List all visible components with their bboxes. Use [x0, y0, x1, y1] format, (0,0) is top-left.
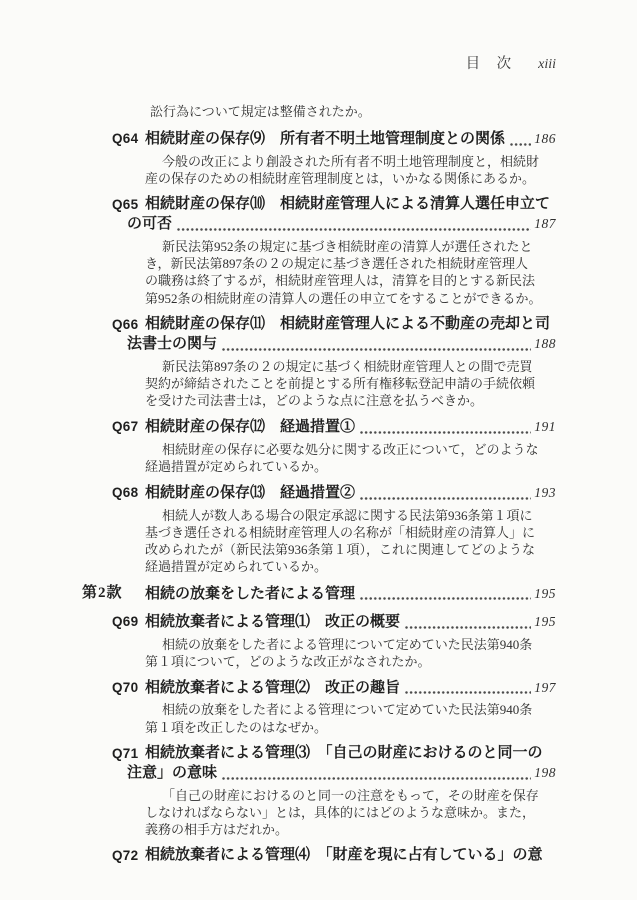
toc-description-line: 新民法第952条の規定に基づき相続財産の清算人が選任されたと — [145, 238, 556, 255]
toc-title-text: の可否 — [127, 215, 172, 235]
page-number: 198 — [534, 763, 556, 783]
toc-description-line: 相続の放棄をした者による管理について定めていた民法第940条 — [145, 636, 556, 653]
toc-description-line: 相続財産の保存に必要な処分に関する改正について，どのような — [145, 441, 556, 458]
toc-description-line: 第１項を改正したのはなぜか。 — [145, 719, 556, 736]
toc-entry-description: 相続人が数人ある場合の限定承認に関する民法第936条第１項に基づき選任される相続… — [0, 507, 556, 576]
toc-description-line: を受けた司法書士は，どのような点に注意を払うべきか。 — [145, 392, 556, 409]
toc-description-line: 相続人が数人ある場合の限定承認に関する民法第936条第１項に — [145, 507, 556, 524]
toc-description-line: 経過措置が定められているか。 — [145, 558, 556, 575]
toc-title-line: 相続財産の保存⒀ 経過措置②193 — [145, 483, 556, 504]
dot-leader — [360, 597, 531, 600]
toc-entry-description: 相続の放棄をした者による管理について定めていた民法第940条第１項について，どの… — [0, 636, 556, 670]
toc-title-line: 相続放棄者による管理⑷ 「財産を現に占有している」の意 — [145, 846, 556, 866]
toc-entry-title: 相続財産の保存⑽ 相続財産管理人による清算人選任申立ての可否187 — [145, 195, 556, 235]
toc-description-line: 義務の相手方はだれか。 — [145, 821, 556, 838]
toc-title-text: 相続放棄者による管理⑵ 改正の趣旨 — [145, 679, 400, 699]
toc-entry-label: Q64 — [112, 129, 145, 149]
toc-entry-title: 相続財産の保存⒀ 経過措置②193 — [145, 483, 556, 504]
toc-entry-title: 相続放棄者による管理⑴ 改正の概要195 — [145, 612, 556, 633]
toc-title-text: 相続の放棄をした者による管理 — [145, 585, 355, 605]
toc-entry-heading: Q66 相続財産の保存⑾ 相続財産管理人による不動産の売却と司法書士の関与188 — [0, 315, 556, 355]
toc-entry: Q67 相続財産の保存⑿ 経過措置①191 相続財産の保存に必要な処分に関する改… — [0, 417, 556, 475]
page-number: 195 — [534, 584, 556, 604]
toc-description-line: 経過措置が定められているか。 — [145, 458, 556, 475]
toc-title-text: 法書士の関与 — [127, 335, 217, 355]
toc-description-line: の職務は終了するが，相続財産管理人は，清算を目的とする新民法 — [145, 272, 556, 289]
toc-description-line: 新民法第897条の２の規定に基づく相続財産管理人との間で売買 — [145, 358, 556, 375]
toc-entry: Q66 相続財産の保存⑾ 相続財産管理人による不動産の売却と司法書士の関与188… — [0, 315, 556, 410]
toc-title-line: の可否187 — [127, 214, 556, 235]
page-title: 目 次 — [466, 52, 513, 73]
toc-entry-heading: Q69 相続放棄者による管理⑴ 改正の概要195 — [0, 612, 556, 633]
book-page: 目 次 xiii 訟行為について規定は整備されたか。 Q64 相続財産の保存⑼ … — [0, 0, 637, 900]
toc-title-line: 注意」の意味198 — [127, 763, 556, 784]
toc-entry-title: 相続財産の保存⑼ 所有者不明土地管理制度との関係186 — [145, 129, 556, 150]
toc-entry-label: Q67 — [112, 417, 145, 437]
toc-title-text: 相続財産の保存⑽ 相続財産管理人による清算人選任申立て — [145, 195, 550, 215]
toc-title-line: 相続の放棄をした者による管理195 — [145, 584, 556, 605]
toc-title-line: 相続放棄者による管理⑵ 改正の趣旨197 — [145, 678, 556, 699]
toc-entry-label: Q68 — [112, 483, 145, 503]
toc-title-line: 相続放棄者による管理⑶ 「自己の財産におけるのと同一の — [145, 744, 556, 764]
toc-title-text: 相続財産の保存⑿ 経過措置① — [145, 418, 355, 438]
toc-entry-heading: Q71 相続放棄者による管理⑶ 「自己の財産におけるのと同一の注意」の意味198 — [0, 744, 556, 784]
toc-entry-label: Q69 — [112, 612, 145, 632]
toc-entry: Q70 相続放棄者による管理⑵ 改正の趣旨197 相続の放棄をした者による管理に… — [0, 678, 556, 736]
toc-description-line: 「自己の財産におけるのと同一の注意をもって，その財産を保存 — [145, 787, 556, 804]
toc-entry-description: 新民法第952条の規定に基づき相続財産の清算人が選任されたとき，新民法第897条… — [0, 238, 556, 307]
toc-title-text: 相続放棄者による管理⑴ 改正の概要 — [145, 613, 400, 633]
toc-title-line: 相続財産の保存⑾ 相続財産管理人による不動産の売却と司 — [145, 315, 556, 335]
toc-description-line: 相続の放棄をした者による管理について定めていた民法第940条 — [145, 701, 556, 718]
page-number: 195 — [534, 612, 556, 632]
toc-entry-heading: Q65 相続財産の保存⑽ 相続財産管理人による清算人選任申立ての可否187 — [0, 195, 556, 235]
page-number: 187 — [534, 214, 556, 234]
toc-entry-title: 相続の放棄をした者による管理195 — [145, 584, 556, 605]
page-number: 188 — [534, 334, 556, 354]
toc-entry-title: 相続放棄者による管理⑶ 「自己の財産におけるのと同一の注意」の意味198 — [145, 744, 556, 784]
toc-description-line: 今般の改正により創設された所有者不明土地管理制度と，相続財 — [145, 153, 556, 170]
toc-title-text: 相続財産の保存⑼ 所有者不明土地管理制度との関係 — [145, 130, 505, 150]
toc-entry: Q65 相続財産の保存⑽ 相続財産管理人による清算人選任申立ての可否187 新民… — [0, 195, 556, 307]
toc-description-line: 産の保存のための相続財産管理制度とは，いかなる関係にあるか。 — [145, 170, 556, 187]
toc-title-line: 相続財産の保存⑽ 相続財産管理人による清算人選任申立て — [145, 195, 556, 215]
toc-entry-label: Q65 — [112, 195, 145, 215]
toc-title-text: 相続財産の保存⒀ 経過措置② — [145, 484, 355, 504]
toc-title-line: 相続放棄者による管理⑴ 改正の概要195 — [145, 612, 556, 633]
toc-entry-label: Q72 — [112, 846, 145, 866]
toc-title-line: 相続財産の保存⑿ 経過措置①191 — [145, 417, 556, 438]
toc-title-text: 注意」の意味 — [127, 764, 217, 784]
toc-entry-heading: 第2款 相続の放棄をした者による管理195 — [0, 584, 556, 605]
toc-entry-label: Q66 — [112, 315, 145, 335]
dot-leader — [222, 348, 531, 351]
dot-leader — [360, 497, 531, 500]
dot-leader — [510, 143, 531, 146]
toc-title-text: 相続放棄者による管理⑷ 「財産を現に占有している」の意 — [145, 846, 543, 866]
toc-description-line: 契約が締結されたことを前提とする所有権移転登記申請の手続依頼 — [145, 375, 556, 392]
toc-entry-heading: Q67 相続財産の保存⑿ 経過措置①191 — [0, 417, 556, 438]
toc-list: Q64 相続財産の保存⑼ 所有者不明土地管理制度との関係186 今般の改正により… — [0, 129, 556, 866]
page-number: 193 — [534, 483, 556, 503]
page-number: 197 — [534, 678, 556, 698]
toc-entry-description: 今般の改正により創設された所有者不明土地管理制度と，相続財産の保存のための相続財… — [0, 153, 556, 187]
toc-entry-label: Q70 — [112, 678, 145, 698]
toc-entry-heading: Q64 相続財産の保存⑼ 所有者不明土地管理制度との関係186 — [0, 129, 556, 150]
toc-entry-title: 相続財産の保存⑿ 経過措置①191 — [145, 417, 556, 438]
toc-entry: Q64 相続財産の保存⑼ 所有者不明土地管理制度との関係186 今般の改正により… — [0, 129, 556, 187]
toc-description-line: 第１項について，どのような改正がなされたか。 — [145, 653, 556, 670]
toc-description-line: 第952条の相続財産の清算人の選任の申立てをすることができるか。 — [145, 290, 556, 307]
toc-entry: Q69 相続放棄者による管理⑴ 改正の概要195 相続の放棄をした者による管理に… — [0, 612, 556, 670]
toc-entry: Q72 相続放棄者による管理⑷ 「財産を現に占有している」の意 — [0, 846, 556, 866]
page-number: 186 — [534, 129, 556, 149]
toc-entry-description: 相続財産の保存に必要な処分に関する改正について，どのような経過措置が定められてい… — [0, 441, 556, 475]
running-head: 目 次 xiii — [0, 52, 556, 73]
toc-description-line: き，新民法第897条の２の規定に基づき選任された相続財産管理人 — [145, 255, 556, 272]
toc-title-text: 相続財産の保存⑾ 相続財産管理人による不動産の売却と司 — [145, 315, 550, 335]
dot-leader — [360, 431, 531, 434]
toc-description-line: しなければならない」とは，具体的にはどのような意味か。また， — [145, 804, 556, 821]
dot-leader — [177, 228, 531, 231]
toc-entry-description: 相続の放棄をした者による管理について定めていた民法第940条第１項を改正したのは… — [0, 701, 556, 735]
toc-entry-heading: Q68 相続財産の保存⒀ 経過措置②193 — [0, 483, 556, 504]
toc-entry-title: 相続放棄者による管理⑷ 「財産を現に占有している」の意 — [145, 846, 556, 866]
dot-leader — [405, 626, 531, 629]
toc-entry: Q68 相続財産の保存⒀ 経過措置②193 相続人が数人ある場合の限定承認に関す… — [0, 483, 556, 575]
toc-entry-title: 相続財産の保存⑾ 相続財産管理人による不動産の売却と司法書士の関与188 — [145, 315, 556, 355]
toc-title-line: 相続財産の保存⑼ 所有者不明土地管理制度との関係186 — [145, 129, 556, 150]
toc-description-line: 基づき選任される相続財産管理人の名称が「相続財産の清算人」に — [145, 524, 556, 541]
dot-leader — [222, 777, 531, 780]
toc-entry: Q71 相続放棄者による管理⑶ 「自己の財産におけるのと同一の注意」の意味198… — [0, 744, 556, 839]
toc-entry-description: 「自己の財産におけるのと同一の注意をもって，その財産を保存しなければならない」と… — [0, 787, 556, 839]
toc-title-line: 法書士の関与188 — [127, 334, 556, 355]
toc-entry-label: Q71 — [112, 744, 145, 764]
toc-section-entry: 第2款 相続の放棄をした者による管理195 — [0, 584, 556, 605]
toc-title-text: 相続放棄者による管理⑶ 「自己の財産におけるのと同一の — [145, 744, 543, 764]
carryover-text: 訟行為について規定は整備されたか。 — [150, 103, 556, 120]
toc-entry-heading: Q70 相続放棄者による管理⑵ 改正の趣旨197 — [0, 678, 556, 699]
roman-page-number: xiii — [538, 57, 556, 73]
toc-entry-title: 相続放棄者による管理⑵ 改正の趣旨197 — [145, 678, 556, 699]
toc-entry-description: 新民法第897条の２の規定に基づく相続財産管理人との間で売買契約が締結されたこと… — [0, 358, 556, 410]
toc-description-line: 改められたが（新民法第936条第１項），これに関連してどのような — [145, 541, 556, 558]
page-number: 191 — [534, 417, 556, 437]
toc-entry-label: 第2款 — [82, 584, 145, 604]
toc-entry-heading: Q72 相続放棄者による管理⑷ 「財産を現に占有している」の意 — [0, 846, 556, 866]
dot-leader — [405, 691, 531, 694]
